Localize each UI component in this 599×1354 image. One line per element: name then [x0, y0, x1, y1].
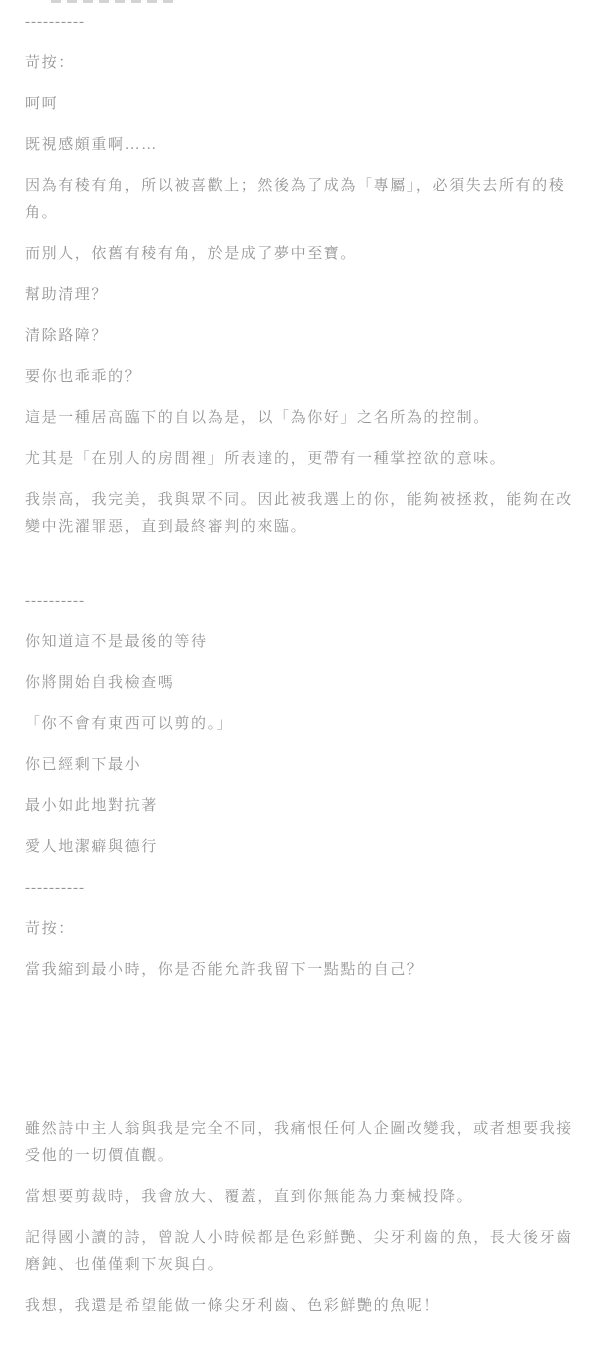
paragraph: 愛人地潔癖與德行 [25, 834, 575, 861]
paragraph: 我崇高，我完美，我與眾不同。因此被我選上的你，能夠被拯救，能夠在改變中洗濯罪惡，… [25, 487, 575, 541]
section-divider: ---------- [25, 875, 575, 902]
annotation-label: 苛按： [25, 916, 575, 943]
paragraph: 「你不會有東西可以剪的。」 [25, 711, 575, 738]
section-divider: ---------- [25, 9, 575, 36]
paragraph: 你已經剩下最小 [25, 752, 575, 779]
paragraph: 既視感頗重啊…… [25, 132, 575, 159]
paragraph: 你知道這不是最後的等待 [25, 629, 575, 656]
paragraph: 你將開始自我檢查嗎 [25, 670, 575, 697]
paragraph: 最小如此地對抗著 [25, 793, 575, 820]
paragraph: 清除路障？ [25, 323, 575, 350]
paragraph: 而別人，依舊有稜有角，於是成了夢中至寶。 [25, 241, 575, 268]
paragraph: 我想，我還是希望能做一條尖牙利齒、色彩鮮艷的魚呢！ [25, 1293, 575, 1320]
paragraph: 當我縮到最小時，你是否能允許我留下一點點的自己？ [25, 957, 575, 984]
blank-spacer [25, 998, 575, 1102]
annotation-label: 苛按： [25, 50, 575, 77]
paragraph: 因為有稜有角，所以被喜歡上；然後為了成為「專屬」，必須失去所有的稜角。 [25, 173, 575, 227]
paragraph: 這是一種居高臨下的自以為是，以「為你好」之名所為的控制。 [25, 405, 575, 432]
paragraph-list: ----------苛按：呵呵既視感頗重啊……因為有稜有角，所以被喜歡上；然後為… [25, 9, 575, 1320]
paragraph: 幫助清理？ [25, 282, 575, 309]
paragraph: 雖然詩中主人翁與我是完全不同，我痛恨任何人企圖改變我，或者想要我接受他的一切價值… [25, 1116, 575, 1170]
top-clipped-text-remnant [51, 0, 179, 3]
paragraph: 尤其是「在別人的房間裡」所表達的，更帶有一種掌控欲的意味。 [25, 446, 575, 473]
paragraph: 記得國小讀的詩，曾說人小時候都是色彩鮮艷、尖牙利齒的魚，長大後牙齒磨鈍、也僅僅剩… [25, 1225, 575, 1279]
paragraph: 呵呵 [25, 91, 575, 118]
paragraph: 當想要剪裁時，我會放大、覆蓋，直到你無能為力棄械投降。 [25, 1184, 575, 1211]
section-divider: ---------- [25, 588, 575, 615]
document-body: ----------苛按：呵呵既視感頗重啊……因為有稜有角，所以被喜歡上；然後為… [0, 0, 599, 1354]
blank-spacer [25, 555, 575, 574]
paragraph: 要你也乖乖的？ [25, 364, 575, 391]
